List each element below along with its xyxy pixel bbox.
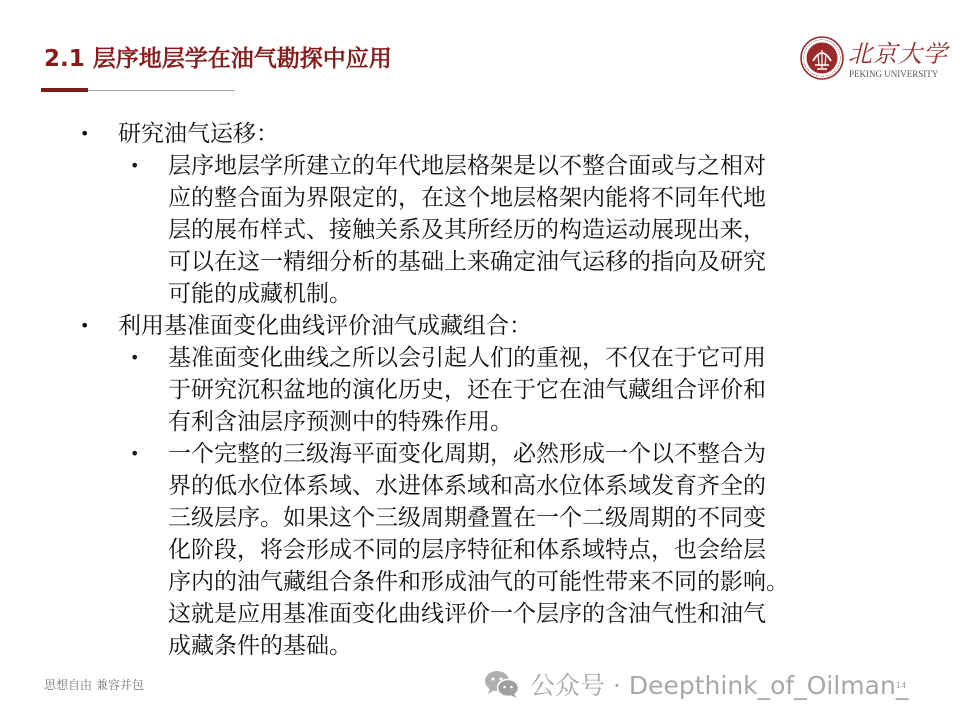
logo-chinese-name: 北京大学 <box>848 34 948 69</box>
footer-motto: 思想自由 兼容并包 <box>44 676 144 693</box>
sub-bullet-2-1: • 基准面变化曲线之所以会引起人们的重视，不仅在于它可用 于研究沉积盆地的演化历… <box>80 342 880 438</box>
bullet-icon: • <box>80 310 89 342</box>
bullet-icon: • <box>130 342 139 374</box>
text-line: 一个完整的三级海平面变化周期，必然形成一个以不整合为 <box>168 438 880 470</box>
watermark-text: 公众号 · Deepthink_of_Oilman_ <box>530 666 908 702</box>
text-line: 层的展布样式、接触关系及其所经历的构造运动展现出来， <box>168 214 880 246</box>
text-line: 这就是应用基准面变化曲线评价一个层序的含油气性和油气 <box>168 598 880 630</box>
text-line: 层序地层学所建立的年代地层格架是以不整合面或与之相对 <box>168 150 880 182</box>
text-line: 应的整合面为界限定的，在这个地层格架内能将不同年代地 <box>168 182 880 214</box>
section-heading: 利用基准面变化曲线评价油气成藏组合： <box>118 310 880 342</box>
university-logo: 北京大学 PEKING UNIVERSITY <box>800 34 930 86</box>
text-line: 界的低水位体系域、水进体系域和高水位体系域发育齐全的 <box>168 470 880 502</box>
text-line: 三级层序。如果这个三级周期叠置在一个二级周期的不同变 <box>168 502 880 534</box>
slide-content: • 研究油气运移： • 层序地层学所建立的年代地层格架是以不整合面或与之相对 应… <box>80 118 880 662</box>
text-line: 化阶段，将会形成不同的层序特征和体系域特点，也会给层 <box>168 534 880 566</box>
title-underline-accent <box>41 88 88 92</box>
bullet-icon: • <box>80 118 89 150</box>
text-line: 可以在这一精细分析的基础上来确定油气运移的指向及研究 <box>168 246 880 278</box>
page-number: 14 <box>896 681 906 690</box>
text-line: 序内的油气藏组合条件和形成油气的可能性带来不同的影响。 <box>168 566 880 598</box>
sub-bullet-2-2: • 一个完整的三级海平面变化周期，必然形成一个以不整合为 界的低水位体系域、水进… <box>80 438 880 662</box>
wechat-watermark: 公众号 · Deepthink_of_Oilman_ <box>484 664 908 704</box>
bullet-section-1: • 研究油气运移： <box>80 118 880 150</box>
text-line: 成藏条件的基础。 <box>168 630 880 662</box>
wechat-icon <box>484 669 520 699</box>
text-line: 于研究沉积盆地的演化历史，还在于它在油气藏组合评价和 <box>168 374 880 406</box>
slide-title: 2.1 层序地层学在油气勘探中应用 <box>44 40 392 73</box>
sub-bullet-1-1: • 层序地层学所建立的年代地层格架是以不整合面或与之相对 应的整合面为界限定的，… <box>80 150 880 310</box>
bullet-section-2: • 利用基准面变化曲线评价油气成藏组合： <box>80 310 880 342</box>
pku-seal-icon <box>800 36 844 80</box>
text-line: 基准面变化曲线之所以会引起人们的重视，不仅在于它可用 <box>168 342 880 374</box>
text-line: 可能的成藏机制。 <box>168 278 880 310</box>
logo-english-name: PEKING UNIVERSITY <box>849 69 938 79</box>
bullet-icon: • <box>130 150 139 182</box>
bullet-icon: • <box>130 438 139 470</box>
text-line: 有利含油层序预测中的特殊作用。 <box>168 406 880 438</box>
section-heading: 研究油气运移： <box>118 118 880 150</box>
